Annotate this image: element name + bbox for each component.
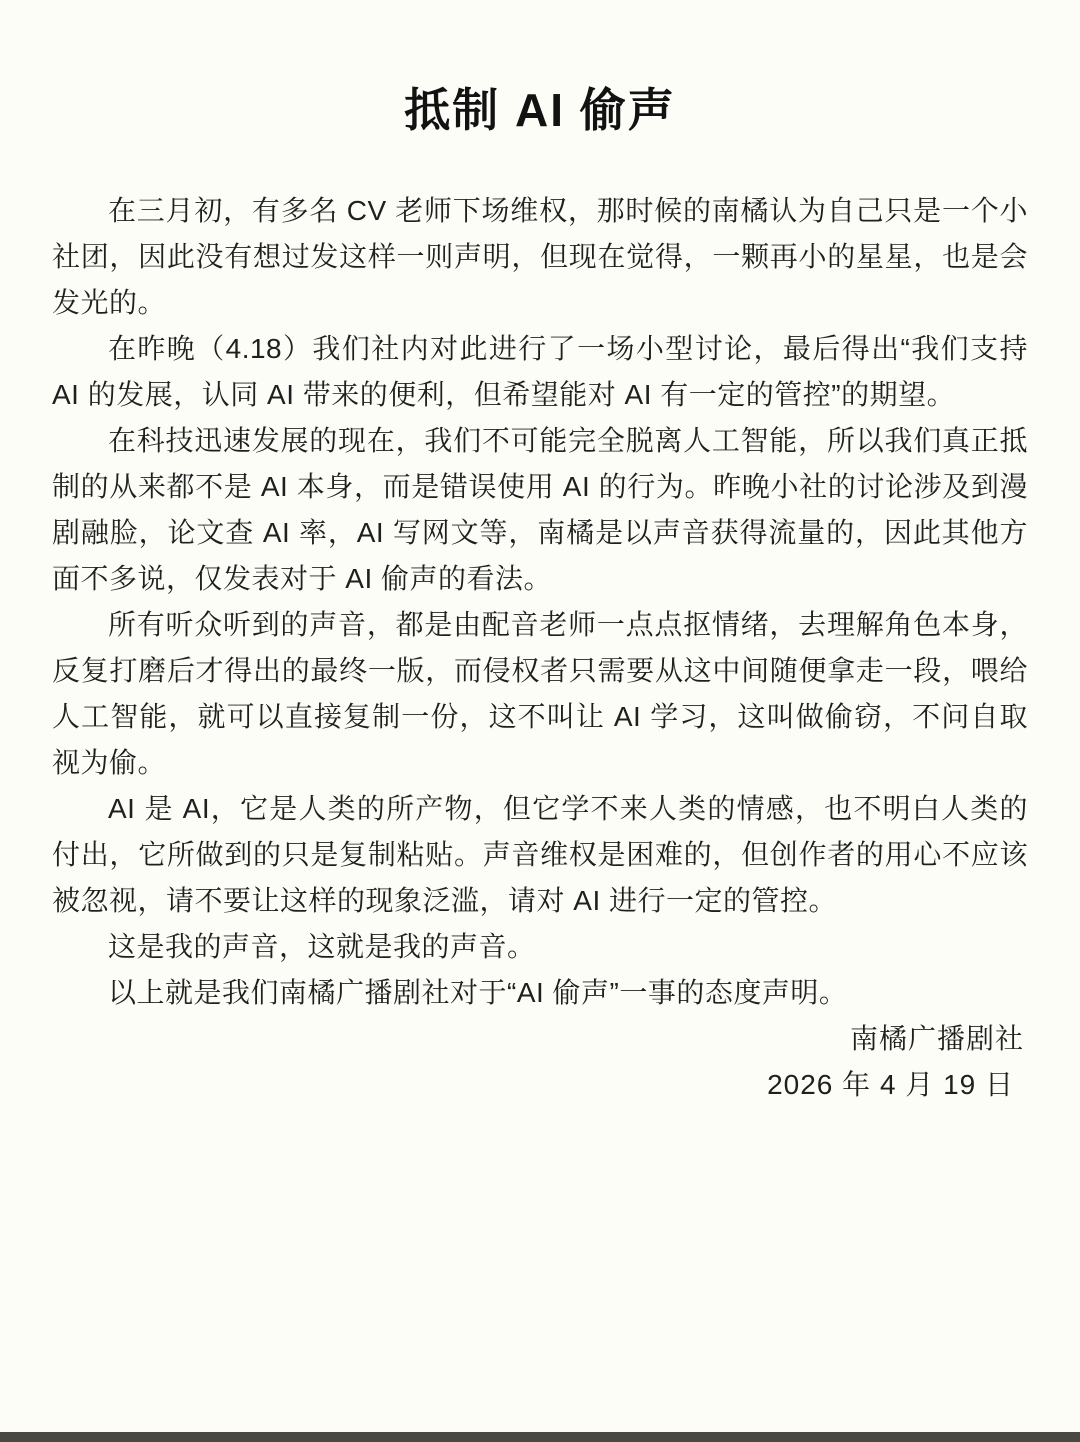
paragraph-my-voice: 这是我的声音，这就是我的声音。 (52, 924, 1028, 970)
document-body: 在三月初，有多名 CV 老师下场维权，那时候的南橘认为自己只是一个小社团，因此没… (52, 188, 1028, 1016)
paragraph-ai-limits: AI 是 AI，它是人类的所产物，但它学不来人类的情感，也不明白人类的付出，它所… (52, 786, 1028, 924)
signature-name: 南橘广播剧社 (52, 1016, 1028, 1062)
statement-document: 抵制 AI 偷声 在三月初，有多名 CV 老师下场维权，那时候的南橘认为自己只是… (0, 0, 1080, 1442)
signature-block: 南橘广播剧社 2026 年 4 月 19 日 (52, 1016, 1028, 1108)
document-title: 抵制 AI 偷声 (52, 0, 1028, 140)
signature-date: 2026 年 4 月 19 日 (52, 1062, 1028, 1108)
paragraph-voice-theft: 所有听众听到的声音，都是由配音老师一点点抠情绪，去理解角色本身，反复打磨后才得出… (52, 602, 1028, 786)
bottom-edge-bar (0, 1432, 1080, 1442)
paragraph-position: 在科技迅速发展的现在，我们不可能完全脱离人工智能，所以我们真正抵制的从来都不是 … (52, 418, 1028, 602)
paragraph-closing: 以上就是我们南橘广播剧社对于“AI 偷声”一事的态度声明。 (52, 970, 1028, 1016)
paragraph-discussion: 在昨晚（4.18）我们社内对此进行了一场小型讨论，最后得出“我们支持 AI 的发… (52, 326, 1028, 418)
paragraph-intro: 在三月初，有多名 CV 老师下场维权，那时候的南橘认为自己只是一个小社团，因此没… (52, 188, 1028, 326)
